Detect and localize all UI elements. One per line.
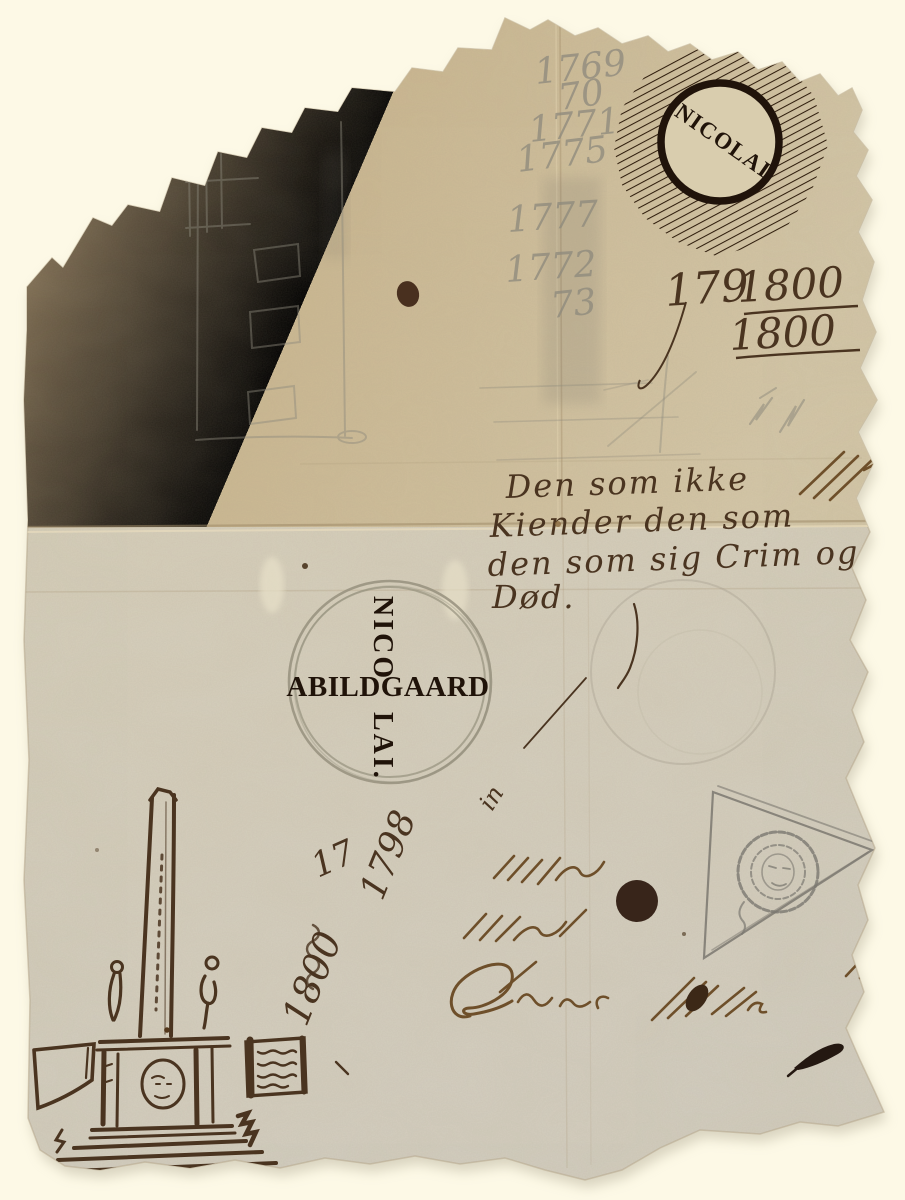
stamp-horizontal: ABILDGAARD (286, 671, 489, 703)
year-entry: 73 (549, 281, 599, 327)
abildgaard-cross-stamp: NICO LAI. ABILDGAARD (286, 581, 491, 783)
script-line: Død. (491, 578, 576, 616)
scanned-sheet: 1769 70 1771 1775 1777 1772 73 NICOLAI (0, 0, 905, 1200)
year-entry: 1777 (506, 194, 600, 241)
scan-canvas: 1769 70 1771 1775 1777 1772 73 NICOLAI (0, 0, 905, 1200)
total-1800-top: 1800 (736, 257, 845, 312)
stamp-vertical-bottom: LAI. (367, 712, 398, 781)
stamp-vertical-top: NICO (367, 596, 398, 681)
